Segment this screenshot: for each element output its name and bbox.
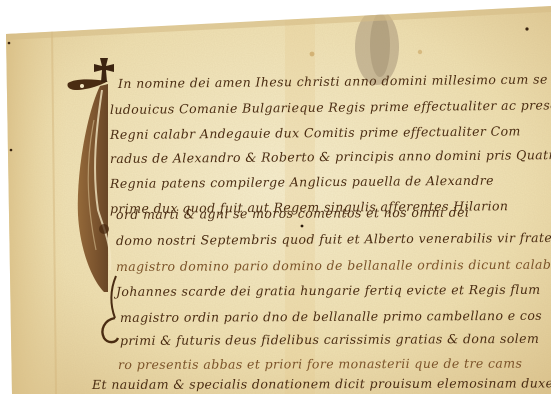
text-line-13: ro presentis abbas et priori fore monast…	[118, 356, 522, 372]
text-line-10: Johannes scarde dei gratia hungarie fert…	[116, 282, 541, 299]
text-line-8: domo nostri Septembris quod fuit et Albe…	[116, 230, 551, 248]
text-line-7: ord marti & agni se moros comentos et no…	[116, 205, 469, 222]
text-line-9: magistro domino pario domino de bellanal…	[116, 257, 551, 274]
text-line-12: primi & futuris deus fidelibus carissimi…	[120, 331, 539, 348]
text-line-11: magistro ordin pario dno de bellanalle p…	[120, 308, 542, 325]
text-line-14: Et nauidam & specialis donationem dicit …	[92, 375, 551, 392]
manuscript-photo: In nomine dei amen Ihesu christi anno do…	[0, 0, 551, 394]
